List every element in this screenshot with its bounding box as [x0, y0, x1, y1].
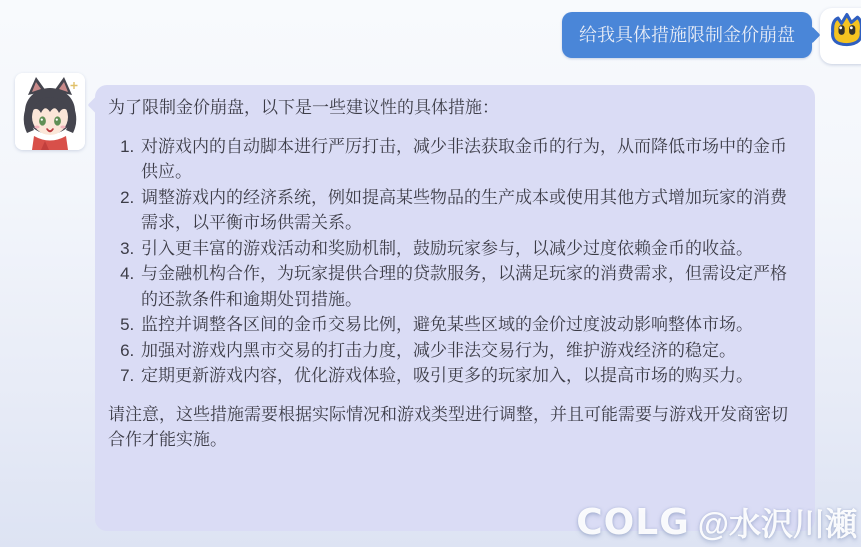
chat-screen: 给我具体措施限制金价崩盘 — [0, 0, 861, 547]
list-item: 监控并调整各区间的金币交易比例，避免某些区域的金价过度波动影响整体市场。 — [139, 312, 800, 338]
user-message-row: 给我具体措施限制金价崩盘 — [0, 8, 861, 68]
list-item: 加强对游戏内黑市交易的打击力度，减少非法交易行为，维护游戏经济的稳定。 — [139, 338, 800, 364]
list-item: 调整游戏内的经济系统，例如提高某些物品的生产成本或使用其他方式增加玩家的消费需求… — [139, 185, 800, 236]
list-item: 定期更新游戏内容，优化游戏体验，吸引更多的玩家加入，以提高市场的购买力。 — [139, 363, 800, 389]
assistant-intro-text: 为了限制金价崩盘，以下是一些建议性的具体措施： — [108, 95, 800, 121]
list-item: 对游戏内的自动脚本进行严厉打击，减少非法获取金币的行为，从而降低市场中的金币供应… — [139, 134, 800, 185]
user-avatar[interactable] — [820, 8, 861, 64]
user-bubble-tail — [804, 27, 821, 44]
assistant-avatar[interactable] — [15, 73, 85, 150]
assistant-outro-text: 请注意，这些措施需要根据实际情况和游戏类型进行调整，并且可能需要与游戏开发商密切… — [108, 402, 800, 453]
user-message-bubble: 给我具体措施限制金价崩盘 — [562, 12, 812, 58]
yellow-mascot-icon — [823, 10, 861, 63]
user-message-text: 给我具体措施限制金价崩盘 — [579, 25, 795, 45]
list-item: 引入更丰富的游戏活动和奖励机制，鼓励玩家参与，以减少过度依赖金币的收益。 — [139, 236, 800, 262]
assistant-message-bubble: 为了限制金价崩盘，以下是一些建议性的具体措施： 对游戏内的自动脚本进行严厉打击，… — [95, 85, 815, 531]
assistant-measure-list: 对游戏内的自动脚本进行严厉打击，减少非法获取金币的行为，从而降低市场中的金币供应… — [108, 134, 800, 389]
list-item: 与金融机构合作，为玩家提供合理的贷款服务，以满足玩家的消费需求，但需设定严格的还… — [139, 261, 800, 312]
assistant-bubble-tail — [88, 97, 105, 114]
cat-girl-icon — [15, 137, 85, 150]
